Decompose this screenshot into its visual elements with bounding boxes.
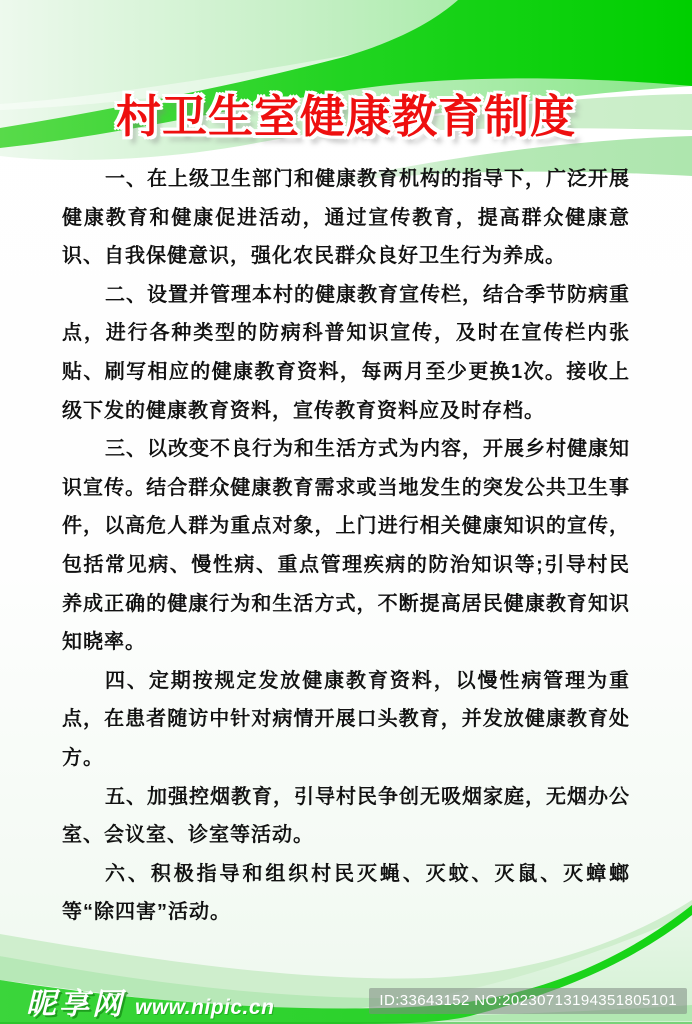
paragraph-2: 二、设置并管理本村的健康教育宣传栏，结合季节防病重点，进行各种类型的防病科普知识…: [62, 276, 630, 430]
paragraph-1: 一、在上级卫生部门和健康教育机构的指导下，广泛开展健康教育和健康促进活动，通过宣…: [62, 160, 630, 276]
site-url: www.nipic.cn: [135, 996, 274, 1020]
page-title: 村卫生室健康教育制度: [0, 86, 692, 148]
site-logo: 昵享网: [26, 979, 125, 1023]
paragraph-4: 四、定期按规定发放健康教育资料，以慢性病管理为重点，在患者随访中针对病情开展口头…: [62, 662, 630, 778]
body-text: 一、在上级卫生部门和健康教育机构的指导下，广泛开展健康教育和健康促进活动，通过宣…: [62, 160, 630, 932]
watermark-bar: 昵享网 www.nipic.cn ID:33643152 NO:20230713…: [0, 982, 692, 1024]
paragraph-5: 五、加强控烟教育，引导村民争创无吸烟家庭，无烟办公室、会议室、诊室等活动。: [62, 778, 630, 855]
poster: 村卫生室健康教育制度 一、在上级卫生部门和健康教育机构的指导下，广泛开展健康教育…: [0, 0, 692, 1024]
paragraph-6: 六、积极指导和组织村民灭蝇、灭蚊、灭鼠、灭蟑螂等“除四害”活动。: [62, 855, 630, 932]
image-id-badge: ID:33643152 NO:20230713194351805101: [369, 988, 687, 1014]
paragraph-3: 三、以改变不良行为和生活方式为内容，开展乡村健康知识宣传。结合群众健康教育需求或…: [62, 430, 630, 662]
site-brand: 昵享网 www.nipic.cn: [26, 979, 274, 1023]
